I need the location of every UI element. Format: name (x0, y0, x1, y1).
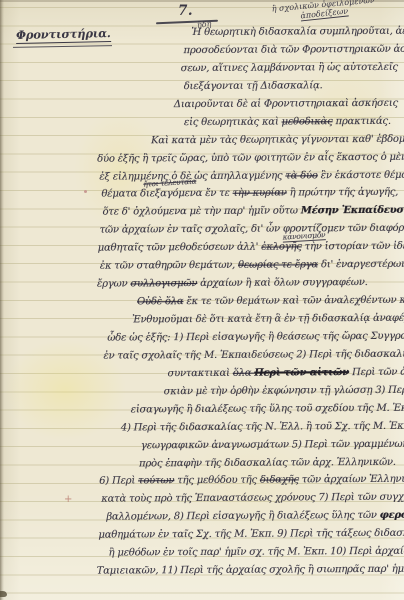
text-segment: σκιὰν μὲ τὴν ὀρθὴν ἐκφώνησιν τῇ γλώσσῃ 3… (164, 384, 404, 397)
text-segment: ἔργων (97, 279, 131, 290)
interlinear-insertion: κανονισμόν (282, 230, 325, 242)
text-segment: πρὸς ἐπαφὴν τῆς διδασκαλίας τῶν ἀρχ. Ἑλλ… (139, 456, 396, 469)
manuscript-line: ὧδε ὡς ἑξῆς: 1) Περὶ εἰσαγωγῆς ἢ θεάσεως… (107, 328, 404, 348)
text-segment: εἰσαγωγῆς ἢ διαλέξεως τῆς ὕλης τοῦ σχεδί… (131, 402, 404, 415)
text-segment: πρακτικάς. (332, 116, 390, 127)
manuscript-line: ἔργων συλλογισμῶν ἀρχαίων ἢ καὶ ὅλων συγ… (97, 274, 404, 294)
manuscript-line: δύο ἑξῆς ἢ τρεῖς ὥρας, ὑπὸ τῶν φοιτητῶν … (97, 148, 403, 168)
interlinear-insertion-top: ἢ σχολικῶν ὀφειλομένων ἀποδείξεων (271, 0, 376, 23)
manuscript-line: τῶν ἀρχαίων ἐν ταῖς σχολαῖς, δι' ὧν φρον… (100, 220, 404, 240)
text-segment: μαθημάτων ἐν ταῖς Σχ. τῆς Μ. Ἐκπ. 9) Περ… (98, 528, 404, 541)
emphasized-text: φερομένων (380, 510, 404, 521)
manuscript-line: εἰσαγωγῆς ἢ διαλέξεως τῆς ὕλης τοῦ σχεδί… (131, 399, 404, 419)
text-segment: ἢ μεθόδων ἐν τοῖς παρ' ἡμῖν σχ. τῆς Μ. Ἐ… (108, 546, 404, 559)
manuscript-page: + 7. ἤδη Φροντιστήρια. ἢ σχολικῶν ὀφειλο… (0, 0, 404, 600)
interlinear-insertion: ἤτοι τελευταῖα (143, 177, 196, 189)
text-segment: Ἡ θεωρητικὴ διδασκαλία συμπληροῦται, ἀεί (191, 26, 404, 38)
manuscript-line: Καὶ κατὰ μὲν τὰς θεωρητικὰς γίγνονται κα… (151, 130, 403, 149)
manuscript-line: κατὰ τοὺς πρὸ τῆς Ἐπαναστάσεως χρόνους 7… (101, 489, 404, 509)
manuscript-line: ἐκ τῶν σταθηρῶν θεμάτων, θεωρίας τε ἔργα… (100, 256, 404, 276)
manuscript-line: γεωγραφικῶν ἀναγνωσμάτων 5) Περὶ τῶν γρα… (141, 435, 404, 455)
text-segment: τῶν ἀρχαίων ἐν ταῖς σχολαῖς, δι' ὧν φρον… (100, 223, 404, 236)
struck-text: τὰ δύο (285, 170, 317, 181)
text-segment: δι' ἐναργεστέρων (318, 259, 404, 271)
text-segment: Ἐνθυμοῦμαι δὲ ὅτι κατὰ ἔτη ἃ ἐν τῇ διδασ… (132, 313, 404, 326)
text-segment: Καὶ κατὰ μὲν τὰς θεωρητικὰς γίγνονται κα… (151, 133, 404, 146)
text-segment: κατὰ τοὺς πρὸ τῆς Ἐπαναστάσεως χρόνους 7… (101, 492, 404, 505)
struck-text: τὴν κυρίαν (233, 188, 287, 199)
text-segment: σεων, αἵτινες λαμβάνονται ἢ ὡς αὐτοτελεῖ… (181, 62, 398, 74)
text-segment: Ταμιειακῶν, 11) Περὶ τῆς ἀρχαίας σχολῆς … (97, 564, 404, 577)
text-segment: εἰς θεωρητικὰς καὶ (184, 116, 282, 128)
manuscript-line: θέματα διεξαγόμενα ἔν τε τὴν κυρίαν ἢ πρ… (101, 184, 403, 204)
text-segment: τὴν ἱστορίαν τῶν ἰδεῶν (302, 241, 404, 253)
text-segment: ὧδε ὡς ἑξῆς: 1) Περὶ εἰσαγωγῆς ἢ θεάσεως… (107, 331, 404, 344)
manuscript-line: μαθηταῖς τῶν μεθοδεύσεων ἀλλ' ἐκλογῆς τὴ… (98, 238, 404, 258)
text-segment: Περὶ τῶν ἀρχῶν (349, 366, 404, 378)
manuscript-line: διεξάγονται τῇ Διδασκαλίᾳ. (184, 77, 403, 96)
emphasized-text: Μέσην Ἐκπαίδευσιν (301, 205, 404, 217)
manuscript-line: πρὸς ἐπαφὴν τῆς διδασκαλίας τῶν ἀρχ. Ἑλλ… (139, 453, 404, 473)
struck-text: θεωρίας τε ἔργα (238, 259, 318, 270)
manuscript-line: Ἡ θεωρητικὴ διδασκαλία συμπληροῦται, ἀεί (191, 23, 402, 42)
manuscript-line: βαλλομένων, 8) Περὶ εἰσαγωγῆς ἢ διαλέξεω… (106, 507, 404, 527)
text-segment: ἐν ταῖς σχολαῖς τῆς Μ. Ἐκπαιδεύσεως 2) Π… (103, 349, 404, 362)
manuscript-line: Οὐδὲ ὅλα ἔκ τε τῶν θεμάτων καὶ τῶν ἀναλε… (137, 292, 404, 312)
struck-emphasized-text: Περὶ τῶν αἰτιῶν (254, 367, 349, 379)
text-segment: ἓν ἑκάστοτε θέμα (318, 169, 404, 181)
text-segment: ἀρχαίων ἢ καὶ ὅλων συγγραφέων. (197, 277, 367, 289)
struck-text: τούτων (138, 476, 174, 487)
struck-text: διδαχῆς (260, 475, 299, 486)
manuscript-line: Διαιροῦνται δὲ αἱ Φροντιστηριακαὶ ἀσκήσε… (174, 95, 403, 114)
text-segment: 6) Περὶ (99, 476, 138, 487)
text-segment: ἔκ τε τῶν θεμάτων καὶ τῶν ἀναλεχθέντων κ… (183, 295, 404, 307)
text-segment: δύο ἑξῆς ἢ τρεῖς ὥρας, ὑπὸ τῶν φοιτητῶν … (97, 151, 404, 164)
text-segment: ἐκ τῶν σταθηρῶν θεμάτων, (100, 260, 238, 272)
page-number: 7. (178, 3, 193, 19)
manuscript-line: ὅτε δ' ὀχλούμενα μὲ τὴν παρ' ἡμῖν οὕτω Μ… (102, 202, 403, 222)
manuscript-line: Ταμιειακῶν, 11) Περὶ τῆς ἀρχαίας σχολῆς … (97, 561, 404, 581)
text-segment: διεξάγονται τῇ Διδασκαλίᾳ. (184, 80, 323, 92)
text-segment: μαθηταῖς τῶν μεθοδεύσεων ἀλλ' (98, 242, 262, 254)
text-segment: ὅτε δ' ὀχλούμενα μὲ τὴν παρ' ἡμῖν οὕτω (102, 206, 300, 218)
manuscript-line: ἢ μεθόδων ἐν τοῖς παρ' ἡμῖν σχ. τῆς Μ. Ἐ… (108, 543, 404, 563)
struck-text: ὅλα (233, 367, 255, 378)
struck-text: ἐκλογῆς (261, 242, 302, 253)
struck-text: Οὐδὲ ὅλα (137, 296, 183, 307)
text-segment: τῶν ἀρχαίων Ἑλληνικῶν (299, 474, 404, 486)
text-segment: βαλλομένων, 8) Περὶ εἰσαγωγῆς ἢ διαλέξεω… (106, 510, 379, 523)
text-segment: συντακτικαὶ (167, 368, 232, 379)
ink-speck (0, 591, 7, 597)
manuscript-line: μαθημάτων ἐν ταῖς Σχ. τῆς Μ. Ἐκπ. 9) Περ… (98, 525, 404, 545)
manuscript-line: σεων, αἵτινες λαμβάνονται ἢ ὡς αὐτοτελεῖ… (181, 59, 403, 78)
text-segment: ἢ πρώτην τῆς ἀγωγῆς, (287, 187, 399, 199)
text-segment: γεωγραφικῶν ἀναγνωσμάτων 5) Περὶ τῶν γρα… (141, 438, 404, 451)
manuscript-line: εἰς θεωρητικὰς καὶ μεθοδικὰς πρακτικάς. (184, 112, 403, 131)
manuscript-line: 4) Περὶ τῆς διδασκαλίας τῆς Ν. Ἑλλ. ἢ το… (121, 417, 404, 437)
manuscript-line: Ἐνθυμοῦμαι δὲ ὅτι κατὰ ἔτη ἃ ἐν τῇ διδασ… (132, 310, 404, 330)
manuscript-line: συντακτικαὶ ὅλα Περὶ τῶν αἰτιῶν Περὶ τῶν… (167, 364, 404, 383)
text-segment: Διαιροῦνται δὲ αἱ Φροντιστηριακαὶ ἀσκήσε… (174, 98, 398, 110)
text-segment: θέματα διεξαγόμενα ἔν τε (101, 188, 232, 200)
manuscript-line: ἐν ταῖς σχολαῖς τῆς Μ. Ἐκπαιδεύσεως 2) Π… (103, 346, 404, 366)
manuscript-line: προσοδεύονται διὰ τῶν Φροντιστηριακῶν ἀσ… (183, 41, 402, 60)
text-segment: τῆς μεθόδου τῆς (174, 475, 260, 487)
struck-text: μεθοδικὰς (282, 116, 333, 127)
text-segment: 4) Περὶ τῆς διδασκαλίας τῆς Ν. Ἑλλ. ἢ το… (121, 420, 404, 433)
manuscript-line: 6) Περὶ τούτων τῆς μεθόδου τῆς διδαχῆς τ… (99, 471, 404, 491)
text-segment: προσοδεύονται διὰ τῶν Φροντιστηριακῶν ἀσ… (183, 44, 404, 56)
struck-text: συλλογισμῶν (130, 278, 197, 289)
manuscript-line: σκιὰν μὲ τὴν ὀρθὴν ἐκφώνησιν τῇ γλώσσῃ 3… (163, 382, 404, 401)
manuscript-body: Ἡ θεωρητικὴ διδασκαλία συμπληροῦται, ἀεί… (0, 23, 404, 582)
